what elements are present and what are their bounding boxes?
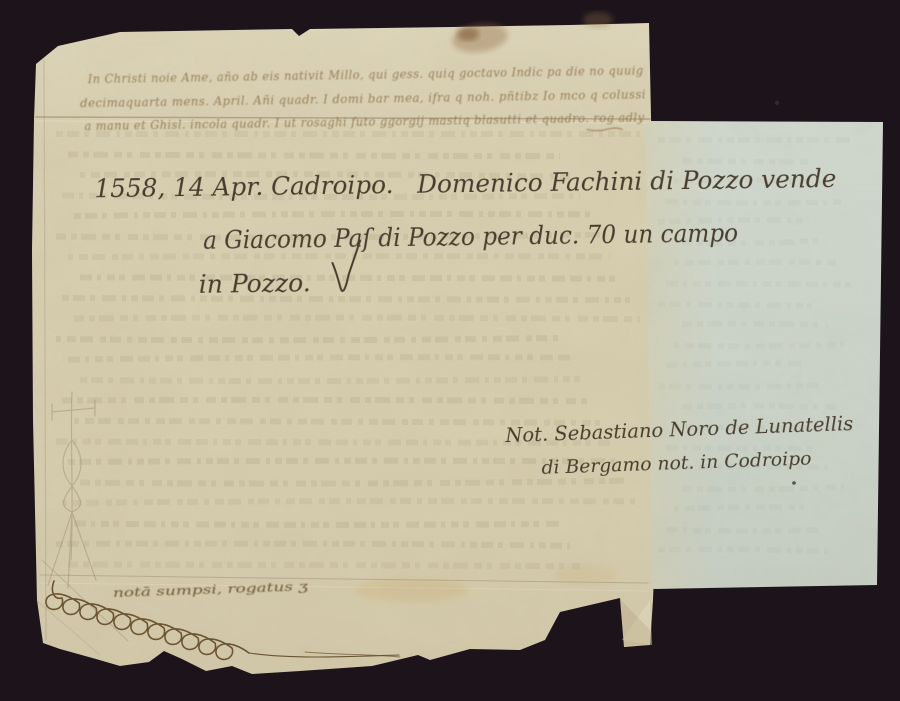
summary-line-3: in Pozzo.	[199, 268, 311, 299]
document-scene: In Christi noie Ame, año ab eis nativit …	[0, 0, 900, 701]
photograph-of-notarial-document: In Christi noie Ame, año ab eis nativit …	[0, 0, 900, 701]
